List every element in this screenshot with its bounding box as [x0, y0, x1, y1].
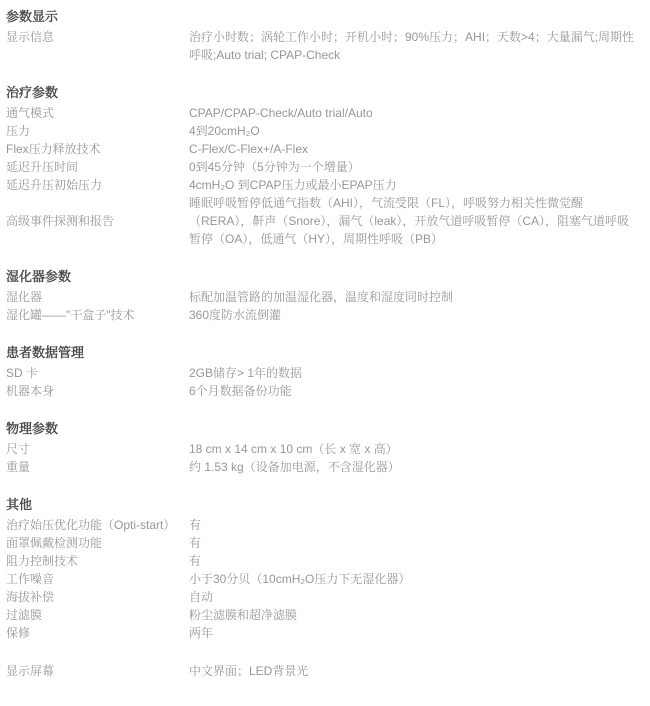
spec-label: 重量 [6, 458, 189, 476]
spec-label: 阻力控制技术 [6, 552, 189, 570]
spec-label: 延迟升压时间 [6, 158, 189, 176]
spec-label: 延迟升压初始压力 [6, 176, 189, 194]
spec-row: 海拔补偿 自动 [6, 588, 640, 606]
section-title: 患者数据管理 [6, 344, 640, 362]
spec-value: 6个月数据备份功能 [189, 382, 640, 400]
spec-row: 压力 4到20cmH₂O [6, 122, 640, 140]
spec-section: 患者数据管理 SD 卡 2GB储存> 1年的数据 机器本身 6个月数据备份功能 [6, 344, 640, 400]
spec-section: 物理参数 尺寸 18 cm x 14 cm x 10 cm（长 x 宽 x 高）… [6, 420, 640, 476]
spec-row: 显示屏幕 中文界面；LED背景光 [6, 662, 640, 680]
spec-table: 湿化器 标配加温管路的加温湿化器，温度和湿度同时控制 湿化罐——"干盒子"技术 … [6, 288, 640, 324]
spec-label: 机器本身 [6, 382, 189, 400]
spec-row: 显示信息 治疗小时数；涡轮工作小时；开机小时；90%压力；AHI；天数>4；大量… [6, 28, 640, 64]
spec-value: 有 [189, 534, 640, 552]
spec-row: Flex压力释放技术 C-Flex/C-Flex+/A-Flex [6, 140, 640, 158]
section-title: 其他 [6, 496, 640, 514]
spec-sections: 参数显示 显示信息 治疗小时数；涡轮工作小时；开机小时；90%压力；AHI；天数… [6, 8, 640, 680]
spec-value: 粉尘滤膜和超净滤膜 [189, 606, 640, 624]
section-title: 治疗参数 [6, 84, 640, 102]
section-title: 参数显示 [6, 8, 640, 26]
spec-table: 治疗始压优化功能（Opti-start） 有 面罩佩戴检测功能 有 阻力控制技术… [6, 516, 640, 642]
spec-row: 保修 两年 [6, 624, 640, 642]
spec-value: 两年 [189, 624, 640, 642]
spec-value: 有 [189, 516, 640, 534]
spec-sheet: 参数显示 显示信息 治疗小时数；涡轮工作小时；开机小时；90%压力；AHI；天数… [0, 0, 650, 680]
spec-row: 过滤膜 粉尘滤膜和超净滤膜 [6, 606, 640, 624]
spec-label: 显示信息 [6, 28, 189, 64]
spec-value: 0到45分钟（5分钟为一个增量） [189, 158, 640, 176]
spec-row: 阻力控制技术 有 [6, 552, 640, 570]
spec-value: 小于30分贝（10cmH₂O压力下无湿化器） [189, 570, 640, 588]
spec-value: 2GB储存> 1年的数据 [189, 364, 640, 382]
spec-label: 通气模式 [6, 104, 189, 122]
spec-label: 湿化器 [6, 288, 189, 306]
spec-label: 压力 [6, 122, 189, 140]
spec-label: 工作噪音 [6, 570, 189, 588]
spec-row: 工作噪音 小于30分贝（10cmH₂O压力下无湿化器） [6, 570, 640, 588]
spec-table: 通气模式 CPAP/CPAP-Check/Auto trial/Auto 压力 … [6, 104, 640, 248]
spec-table: 显示信息 治疗小时数；涡轮工作小时；开机小时；90%压力；AHI；天数>4；大量… [6, 28, 640, 64]
spec-value: 睡眠呼吸暂停低通气指数（AHI），气流受限（FL），呼吸努力相关性微觉醒（RER… [189, 194, 640, 248]
spec-table: 尺寸 18 cm x 14 cm x 10 cm（长 x 宽 x 高） 重量 约… [6, 440, 640, 476]
spec-label: 治疗始压优化功能（Opti-start） [6, 516, 189, 534]
section-title: 湿化器参数 [6, 268, 640, 286]
spec-label: 湿化罐——"干盒子"技术 [6, 306, 189, 324]
spec-section: 治疗参数 通气模式 CPAP/CPAP-Check/Auto trial/Aut… [6, 84, 640, 248]
spec-row: 重量 约 1.53 kg（设备加电源，不含湿化器） [6, 458, 640, 476]
spec-value: 治疗小时数；涡轮工作小时；开机小时；90%压力；AHI；天数>4；大量漏气;周期… [189, 28, 640, 64]
spec-row: 延迟升压时间 0到45分钟（5分钟为一个增量） [6, 158, 640, 176]
spec-row: 高级事件探测和报告 睡眠呼吸暂停低通气指数（AHI），气流受限（FL），呼吸努力… [6, 194, 640, 248]
spec-label: 显示屏幕 [6, 662, 189, 680]
spec-section: 显示屏幕 中文界面；LED背景光 [6, 662, 640, 680]
spec-value: 标配加温管路的加温湿化器，温度和湿度同时控制 [189, 288, 640, 306]
spec-label: SD 卡 [6, 364, 189, 382]
spec-value: 4cmH₂O 到CPAP压力或最小EPAP压力 [189, 176, 640, 194]
spec-row: 湿化罐——"干盒子"技术 360度防水流倒灌 [6, 306, 640, 324]
section-title: 物理参数 [6, 420, 640, 438]
spec-table: SD 卡 2GB储存> 1年的数据 机器本身 6个月数据备份功能 [6, 364, 640, 400]
spec-row: 机器本身 6个月数据备份功能 [6, 382, 640, 400]
spec-label: 高级事件探测和报告 [6, 194, 189, 248]
spec-row: 治疗始压优化功能（Opti-start） 有 [6, 516, 640, 534]
spec-section: 湿化器参数 湿化器 标配加温管路的加温湿化器，温度和湿度同时控制 湿化罐——"干… [6, 268, 640, 324]
spec-value: 中文界面；LED背景光 [189, 662, 640, 680]
spec-value: C-Flex/C-Flex+/A-Flex [189, 140, 640, 158]
spec-section: 参数显示 显示信息 治疗小时数；涡轮工作小时；开机小时；90%压力；AHI；天数… [6, 8, 640, 64]
spec-row: 湿化器 标配加温管路的加温湿化器，温度和湿度同时控制 [6, 288, 640, 306]
spec-value: 360度防水流倒灌 [189, 306, 640, 324]
spec-value: 自动 [189, 588, 640, 606]
spec-table: 显示屏幕 中文界面；LED背景光 [6, 662, 640, 680]
spec-value: 有 [189, 552, 640, 570]
spec-label: 过滤膜 [6, 606, 189, 624]
spec-row: 通气模式 CPAP/CPAP-Check/Auto trial/Auto [6, 104, 640, 122]
spec-label: Flex压力释放技术 [6, 140, 189, 158]
spec-label: 面罩佩戴检测功能 [6, 534, 189, 552]
spec-value: CPAP/CPAP-Check/Auto trial/Auto [189, 104, 640, 122]
spec-row: SD 卡 2GB储存> 1年的数据 [6, 364, 640, 382]
spec-value: 约 1.53 kg（设备加电源，不含湿化器） [189, 458, 640, 476]
spec-value: 4到20cmH₂O [189, 122, 640, 140]
spec-section: 其他 治疗始压优化功能（Opti-start） 有 面罩佩戴检测功能 有 阻力控… [6, 496, 640, 642]
spec-label: 海拔补偿 [6, 588, 189, 606]
spec-value: 18 cm x 14 cm x 10 cm（长 x 宽 x 高） [189, 440, 640, 458]
spec-row: 尺寸 18 cm x 14 cm x 10 cm（长 x 宽 x 高） [6, 440, 640, 458]
spec-row: 面罩佩戴检测功能 有 [6, 534, 640, 552]
spec-label: 保修 [6, 624, 189, 642]
spec-row: 延迟升压初始压力 4cmH₂O 到CPAP压力或最小EPAP压力 [6, 176, 640, 194]
spec-label: 尺寸 [6, 440, 189, 458]
